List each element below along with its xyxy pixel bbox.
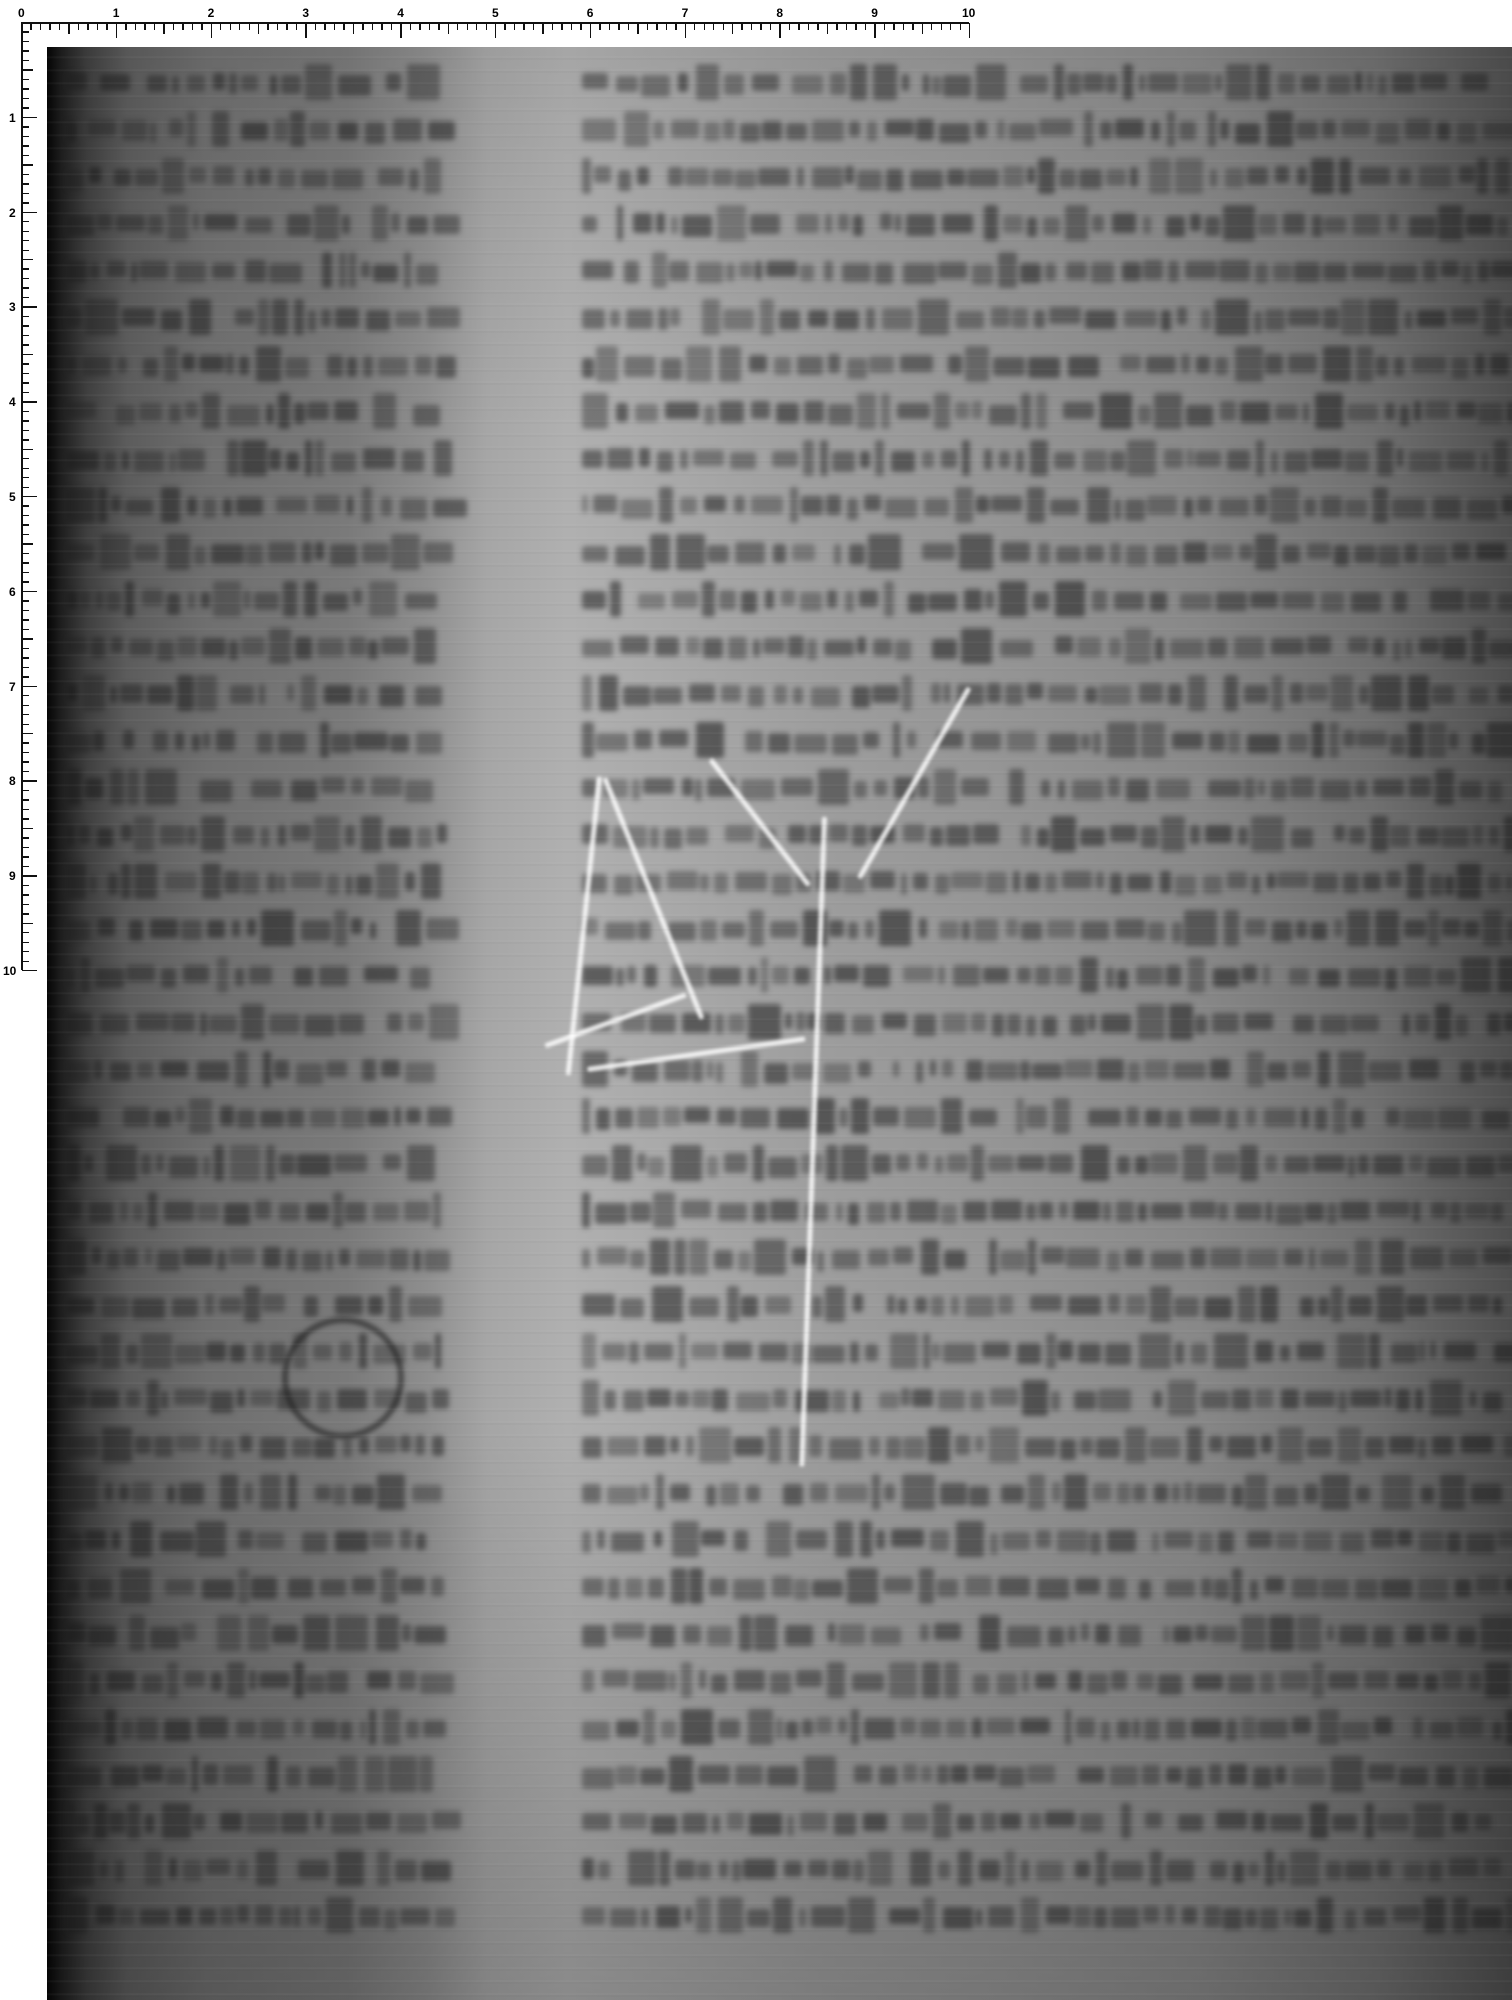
manuscript-text-line (67, 307, 447, 333)
manuscript-text-line (582, 636, 1512, 662)
ruler-minor-tick (22, 676, 29, 677)
ruler-minor-tick (751, 23, 752, 30)
ruler-minor-tick (22, 714, 29, 715)
ruler-label: 7 (682, 7, 689, 19)
ruler-label: 9 (871, 7, 878, 19)
manuscript-text-line (67, 1059, 447, 1085)
manuscript-text-line (67, 871, 447, 897)
ruler-minor-tick (267, 23, 268, 30)
ruler-minor-tick (770, 23, 771, 30)
manuscript-text-line (67, 72, 447, 98)
ruler-minor-tick (239, 23, 240, 30)
ruler-minor-tick (675, 23, 676, 30)
ruler-minor-tick (22, 145, 29, 146)
decorated-initial (282, 1317, 404, 1439)
ruler-label: 3 (302, 7, 309, 19)
manuscript-text-line (582, 1341, 1512, 1367)
ruler-minor-tick (419, 23, 420, 30)
manuscript-text-line (67, 824, 447, 850)
ruler-minor-tick (22, 382, 29, 383)
ruler-minor-tick (22, 515, 29, 516)
ruler-minor-tick (486, 23, 487, 30)
ruler-minor-tick (656, 23, 657, 30)
ruler-minor-tick (22, 468, 29, 469)
ruler-minor-tick (884, 23, 885, 30)
ruler-minor-tick (22, 904, 29, 905)
ruler-minor-tick (334, 23, 335, 30)
manuscript-text-line (582, 1106, 1512, 1132)
ruler-minor-tick (666, 23, 667, 30)
ruler-minor-tick (230, 23, 231, 30)
ruler-minor-tick (97, 23, 98, 30)
manuscript-text-line (582, 965, 1512, 991)
ruler-label: 6 (9, 586, 16, 598)
ruler-minor-tick (561, 23, 562, 30)
ruler-minor-tick (22, 107, 29, 108)
manuscript-text-line (67, 683, 447, 709)
ruler-major-tick (116, 23, 117, 38)
ruler-minor-tick (609, 23, 610, 30)
ruler-label: 3 (9, 301, 16, 313)
ruler-minor-tick (22, 88, 29, 89)
ruler-minor-tick (154, 23, 155, 30)
ruler-minor-tick (827, 23, 828, 34)
manuscript-text-line (582, 1811, 1512, 1837)
ruler-minor-tick (258, 23, 259, 34)
ruler-minor-tick (22, 505, 29, 506)
ruler-minor-tick (429, 23, 430, 30)
ruler-minor-tick (343, 23, 344, 30)
ruler-minor-tick (372, 23, 373, 30)
ruler-minor-tick (448, 23, 449, 34)
ruler-minor-tick (22, 572, 29, 573)
manuscript-text-line (582, 1482, 1512, 1508)
ruler-minor-tick (362, 23, 363, 30)
ruler-major-tick (22, 401, 37, 402)
ruler-major-tick (305, 23, 306, 38)
ruler-minor-tick (22, 733, 33, 734)
manuscript-text-line (582, 1858, 1512, 1884)
ruler-minor-tick (599, 23, 600, 30)
ruler-minor-tick (637, 23, 638, 34)
ruler-minor-tick (22, 638, 33, 639)
ruler-minor-tick (22, 164, 33, 165)
manuscript-text-line (582, 683, 1512, 709)
manuscript-text-line (582, 495, 1512, 521)
ruler-major-tick (22, 780, 37, 781)
manuscript-text-line (67, 1811, 447, 1837)
ruler-minor-tick (22, 705, 29, 706)
ruler-major-tick (495, 23, 496, 38)
ruler-minor-tick (22, 297, 29, 298)
ruler-minor-tick (467, 23, 468, 30)
ruler-minor-tick (192, 23, 193, 30)
ruler-minor-tick (201, 23, 202, 30)
ruler-minor-tick (22, 250, 29, 251)
ruler-minor-tick (249, 23, 250, 30)
ruler-label: 2 (9, 207, 16, 219)
ruler-minor-tick (22, 695, 29, 696)
ruler-minor-tick (182, 23, 183, 30)
ruler-minor-tick (277, 23, 278, 30)
manuscript-text-line (67, 1106, 447, 1132)
manuscript-text-line (582, 1247, 1512, 1273)
ruler-minor-tick (903, 23, 904, 30)
manuscript-text-line (67, 1858, 447, 1884)
ruler-minor-tick (552, 23, 553, 30)
manuscript-text-line (582, 1200, 1512, 1226)
ruler-minor-tick (22, 657, 29, 658)
ruler-minor-tick (22, 724, 29, 725)
ruler-minor-tick (22, 524, 29, 525)
manuscript-text-line (582, 1153, 1512, 1179)
ruler-label: 9 (9, 870, 16, 882)
ruler-minor-tick (950, 23, 951, 30)
ruler-minor-tick (22, 610, 29, 611)
ruler-minor-tick (22, 866, 29, 867)
ruler-minor-tick (22, 344, 29, 345)
ruler-minor-tick (457, 23, 458, 30)
ruler-minor-tick (22, 458, 29, 459)
manuscript-text-line (582, 730, 1512, 756)
manuscript-text-line (67, 1247, 447, 1273)
manuscript-text-line (582, 260, 1512, 286)
ruler-minor-tick (22, 629, 29, 630)
ruler-minor-tick (22, 847, 29, 848)
manuscript-text-line (67, 1200, 447, 1226)
ruler-minor-tick (22, 136, 29, 137)
ruler-minor-tick (865, 23, 866, 30)
ruler-minor-tick (22, 894, 29, 895)
ruler-label: 10 (3, 965, 16, 977)
ruler-label: 5 (492, 7, 499, 19)
ruler-label: 8 (9, 775, 16, 787)
ruler-minor-tick (286, 23, 287, 30)
ruler-minor-tick (798, 23, 799, 30)
manuscript-text-line (582, 1717, 1512, 1743)
ruler-minor-tick (760, 23, 761, 30)
ruler-minor-tick (391, 23, 392, 30)
manuscript-text-line (67, 636, 447, 662)
manuscript-text-line (582, 307, 1512, 333)
manuscript-text-line (582, 918, 1512, 944)
ruler-minor-tick (135, 23, 136, 30)
manuscript-text-line (67, 213, 447, 239)
ruler-minor-tick (514, 23, 515, 30)
manuscript-text-line (582, 1388, 1512, 1414)
ruler-minor-tick (22, 268, 29, 269)
ruler-major-tick (22, 686, 37, 687)
ruler-minor-tick (22, 240, 29, 241)
manuscript-text-line (67, 1294, 447, 1320)
manuscript-scan-image (47, 47, 1512, 2000)
ruler-minor-tick (78, 23, 79, 30)
ruler-minor-tick (571, 23, 572, 30)
ruler-minor-tick (22, 193, 29, 194)
ruler-minor-tick (22, 259, 33, 260)
ruler-minor-tick (580, 23, 581, 30)
ruler-minor-tick (410, 23, 411, 30)
ruler-minor-tick (22, 913, 29, 914)
ruler-minor-tick (741, 23, 742, 30)
manuscript-text-line (67, 448, 447, 474)
manuscript-text-line (67, 777, 447, 803)
ruler-minor-tick (22, 837, 29, 838)
ruler-minor-tick (22, 487, 29, 488)
ruler-minor-tick (22, 69, 33, 70)
ruler-major-tick (22, 212, 37, 213)
ruler-minor-tick (22, 809, 29, 810)
manuscript-text-line (67, 965, 447, 991)
manuscript-text-line (67, 1482, 447, 1508)
manuscript-text-line (582, 1576, 1512, 1602)
manuscript-text-line (582, 1764, 1512, 1790)
ruler-minor-tick (22, 667, 29, 668)
ruler-minor-tick (144, 23, 145, 30)
ruler-minor-tick (22, 932, 29, 933)
ruler-minor-tick (22, 316, 29, 317)
ruler-minor-tick (22, 354, 33, 355)
ruler-minor-tick (836, 23, 837, 30)
ruler-minor-tick (22, 278, 29, 279)
manuscript-text-line (67, 542, 447, 568)
ruler-major-tick (22, 970, 37, 971)
ruler-minor-tick (22, 126, 29, 127)
ruler-minor-tick (315, 23, 316, 30)
manuscript-text-line (582, 448, 1512, 474)
ruler-minor-tick (22, 562, 29, 563)
manuscript-text-line (67, 495, 447, 521)
ruler-minor-tick (438, 23, 439, 30)
manuscript-text-line (67, 589, 447, 615)
ruler-minor-tick (723, 23, 724, 30)
ruler-label: 2 (208, 7, 215, 19)
ruler-minor-tick (22, 449, 33, 450)
ruler-minor-tick (22, 818, 29, 819)
ruler-minor-tick (22, 885, 29, 886)
ruler-minor-tick (22, 363, 29, 364)
ruler-minor-tick (22, 373, 29, 374)
ruler-minor-tick (22, 392, 29, 393)
ruler-minor-tick (504, 23, 505, 30)
ruler-minor-tick (22, 477, 29, 478)
manuscript-text-line (67, 1764, 447, 1790)
ruler-minor-tick (704, 23, 705, 30)
ruler-label: 10 (962, 7, 975, 19)
ruler-minor-tick (22, 411, 29, 412)
ruler-major-tick (211, 23, 212, 38)
ruler-major-tick (22, 875, 37, 876)
ruler-major-tick (590, 23, 591, 38)
manuscript-text-line (67, 1012, 447, 1038)
manuscript-text-line (582, 119, 1512, 145)
ruler-minor-tick (476, 23, 477, 30)
ruler-minor-tick (22, 771, 29, 772)
ruler-major-tick (22, 496, 37, 497)
manuscript-text-line (582, 1012, 1512, 1038)
ruler-minor-tick (22, 799, 29, 800)
ruler-minor-tick (808, 23, 809, 30)
manuscript-text-line (582, 1623, 1512, 1649)
ruler-major-tick (22, 591, 37, 592)
ruler-major-tick (874, 23, 875, 38)
manuscript-text-line (582, 1529, 1512, 1555)
ruler-minor-tick (22, 581, 29, 582)
ruler-minor-tick (49, 23, 50, 30)
ruler-minor-tick (647, 23, 648, 30)
ruler-major-tick (969, 23, 970, 38)
ruler-major-tick (685, 23, 686, 38)
ruler-minor-tick (22, 231, 29, 232)
manuscript-text-line (67, 918, 447, 944)
ruler-minor-tick (22, 335, 29, 336)
ruler-minor-tick (324, 23, 325, 30)
ruler-minor-tick (542, 23, 543, 34)
ruler-minor-tick (106, 23, 107, 30)
ruler-label: 6 (587, 7, 594, 19)
ruler-minor-tick (22, 543, 33, 544)
ruler-minor-tick (22, 174, 29, 175)
manuscript-text-line (582, 72, 1512, 98)
manuscript-text-line (582, 589, 1512, 615)
ruler-minor-tick (22, 420, 29, 421)
ruler-minor-tick (22, 41, 29, 42)
ruler-major-tick (779, 23, 780, 38)
ruler-minor-tick (893, 23, 894, 30)
ruler-minor-tick (59, 23, 60, 30)
manuscript-text-line (582, 213, 1512, 239)
manuscript-text-line (67, 166, 447, 192)
ruler-minor-tick (941, 23, 942, 30)
ruler-minor-tick (22, 534, 29, 535)
ruler-minor-tick (628, 23, 629, 30)
ruler-minor-tick (22, 553, 29, 554)
vertical-scale-ruler: 12345678910 (0, 0, 47, 1000)
ruler-minor-tick (22, 325, 29, 326)
manuscript-text-line (582, 1059, 1512, 1085)
ruler-minor-tick (173, 23, 174, 30)
ruler-label: 4 (397, 7, 404, 19)
ruler-label: 1 (9, 112, 16, 124)
ruler-minor-tick (22, 942, 29, 943)
manuscript-text-line (582, 1435, 1512, 1461)
ruler-minor-tick (855, 23, 856, 30)
ruler-minor-tick (22, 50, 29, 51)
manuscript-text-line (582, 401, 1512, 427)
ruler-minor-tick (22, 31, 29, 32)
manuscript-text-line (67, 1576, 447, 1602)
manuscript-text-line (582, 1905, 1512, 1931)
manuscript-text-line (67, 1717, 447, 1743)
ruler-minor-tick (618, 23, 619, 30)
ruler-minor-tick (732, 23, 733, 34)
ruler-minor-tick (22, 430, 29, 431)
ruler-minor-tick (22, 439, 29, 440)
ruler-minor-tick (22, 761, 29, 762)
ruler-minor-tick (523, 23, 524, 30)
ruler-minor-tick (22, 752, 29, 753)
ruler-minor-tick (22, 202, 29, 203)
ruler-minor-tick (22, 828, 33, 829)
ruler-minor-tick (922, 23, 923, 34)
manuscript-text-line (67, 354, 447, 380)
ruler-minor-tick (22, 183, 29, 184)
ruler-major-tick (400, 23, 401, 38)
ruler-minor-tick (22, 155, 29, 156)
ruler-minor-tick (789, 23, 790, 30)
ruler-minor-tick (713, 23, 714, 30)
manuscript-text-line (67, 401, 447, 427)
ruler-minor-tick (960, 23, 961, 30)
horizontal-scale-ruler: 012345678910 (0, 0, 1000, 47)
manuscript-text-line (67, 1905, 447, 1931)
manuscript-text-line (582, 354, 1512, 380)
ruler-minor-tick (846, 23, 847, 30)
ruler-minor-tick (22, 951, 29, 952)
ruler-minor-tick (22, 923, 33, 924)
manuscript-text-line (582, 166, 1512, 192)
ruler-minor-tick (22, 619, 29, 620)
ruler-minor-tick (22, 961, 29, 962)
ruler-label: 7 (9, 681, 16, 693)
ruler-minor-tick (163, 23, 164, 34)
ruler-minor-tick (125, 23, 126, 30)
ruler-minor-tick (912, 23, 913, 30)
scan-viewer: 012345678910 12345678910 (0, 0, 1512, 2000)
ruler-label: 8 (776, 7, 783, 19)
ruler-minor-tick (22, 600, 29, 601)
ruler-minor-tick (220, 23, 221, 30)
ruler-minor-tick (68, 23, 69, 34)
ruler-minor-tick (22, 742, 29, 743)
ruler-minor-tick (817, 23, 818, 30)
ruler-major-tick (22, 306, 37, 307)
manuscript-text-line (67, 260, 447, 286)
manuscript-text-line (67, 1435, 447, 1461)
ruler-minor-tick (22, 98, 29, 99)
manuscript-text-line (582, 542, 1512, 568)
ruler-minor-tick (22, 856, 29, 857)
ruler-minor-tick (22, 79, 29, 80)
ruler-minor-tick (22, 60, 29, 61)
ruler-minor-tick (22, 221, 29, 222)
manuscript-text-line (582, 1294, 1512, 1320)
ruler-minor-tick (296, 23, 297, 30)
ruler-minor-tick (22, 790, 29, 791)
manuscript-text-line (582, 871, 1512, 897)
manuscript-text-line (67, 1623, 447, 1649)
ruler-label: 5 (9, 491, 16, 503)
manuscript-text-line (582, 1670, 1512, 1696)
ruler-minor-tick (22, 648, 29, 649)
manuscript-text-line (67, 1529, 447, 1555)
manuscript-text-line (67, 730, 447, 756)
ruler-minor-tick (694, 23, 695, 30)
manuscript-text-line (67, 1670, 447, 1696)
manuscript-text-line (67, 1153, 447, 1179)
ruler-minor-tick (931, 23, 932, 30)
ruler-minor-tick (87, 23, 88, 30)
ruler-minor-tick (22, 287, 29, 288)
ruler-major-tick (22, 117, 37, 118)
ruler-minor-tick (353, 23, 354, 34)
manuscript-text-line (582, 824, 1512, 850)
ruler-minor-tick (533, 23, 534, 30)
manuscript-text-line (67, 119, 447, 145)
ruler-minor-tick (381, 23, 382, 30)
ruler-label: 4 (9, 396, 16, 408)
ruler-label: 1 (113, 7, 120, 19)
